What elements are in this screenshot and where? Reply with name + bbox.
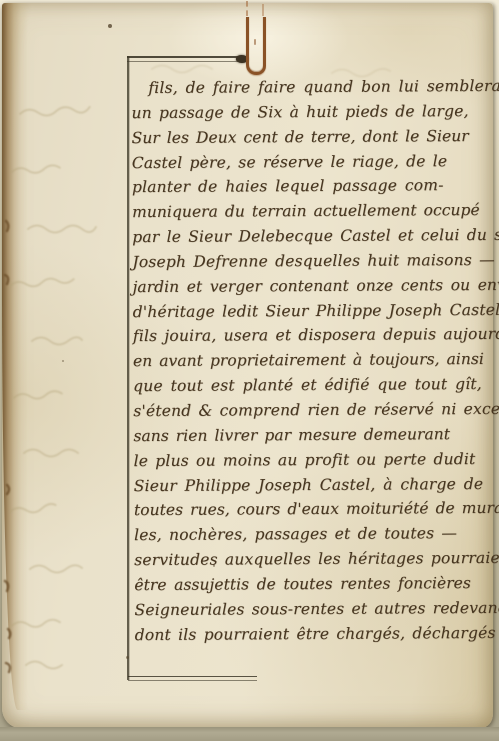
manuscript-line: fils, de faire faire quand bon lui sembl… [131, 74, 487, 101]
manuscript-line: toutes rues, cours d'eaux moituriété de … [134, 496, 490, 523]
fastener-clasp-icon [246, 17, 266, 75]
manuscript-line: Seigneuriales sous-rentes et autres rede… [134, 596, 490, 623]
manuscript-line: que tout est planté et édifié que tout g… [133, 372, 489, 399]
paper-speck [62, 360, 64, 362]
manuscript-photo: fils, de faire faire quand bon lui sembl… [0, 0, 499, 741]
manuscript-line: un passage de Six à huit pieds de large, [131, 99, 487, 126]
manuscript-line: être assujettis de toutes rentes foncièr… [134, 571, 490, 598]
frame-bottom-rule [128, 676, 257, 681]
manuscript-line: en avant proprietairement à toujours, ai… [133, 347, 489, 374]
table-surface [0, 727, 499, 741]
manuscript-text: fils, de faire faire quand bon lui sembl… [131, 74, 490, 648]
frame-left-rule [127, 56, 129, 680]
gutter-ink-marks [5, 221, 10, 672]
paper-speck [126, 656, 129, 659]
manuscript-line: Sur les Deux cent de terre, dont le Sieu… [132, 124, 488, 151]
manuscript-line: par le Sieur Delebecque Castel et celui … [132, 223, 488, 250]
manuscript-line: Joseph Defrenne desquelles huit maisons … [132, 248, 488, 275]
manuscript-page: fils, de faire faire quand bon lui sembl… [2, 3, 493, 728]
manuscript-line: planter de haies lequel passage com- [132, 173, 488, 200]
manuscript-line: sans rien livrer par mesure demeurant [133, 422, 489, 449]
manuscript-line: dont ils pourraient être chargés, déchar… [135, 620, 491, 647]
manuscript-line: d'héritage ledit Sieur Philippe Joseph C… [133, 298, 489, 325]
manuscript-line: fils jouira, usera et disposera depuis a… [133, 322, 489, 349]
paper-speck [108, 24, 112, 28]
manuscript-line: s'étend & comprend rien de réservé ni ex… [133, 397, 489, 424]
manuscript-line: muniquera du terrain actuellement occupé [132, 198, 488, 225]
manuscript-line: les, nochères, passages et de toutes — [134, 521, 490, 548]
manuscript-line: jardin et verger contenant onze cents ou… [132, 273, 488, 300]
manuscript-line: le plus ou moins au profit ou perte dudi… [134, 447, 490, 474]
paper-speck [254, 39, 256, 45]
frame-top-rule [127, 56, 246, 62]
manuscript-line: Sieur Philippe Joseph Castel, à charge d… [134, 471, 490, 498]
manuscript-line: servitudes auxquelles les héritages pour… [134, 546, 490, 573]
manuscript-line: Castel père, se réserve le riage, de le [132, 148, 488, 175]
